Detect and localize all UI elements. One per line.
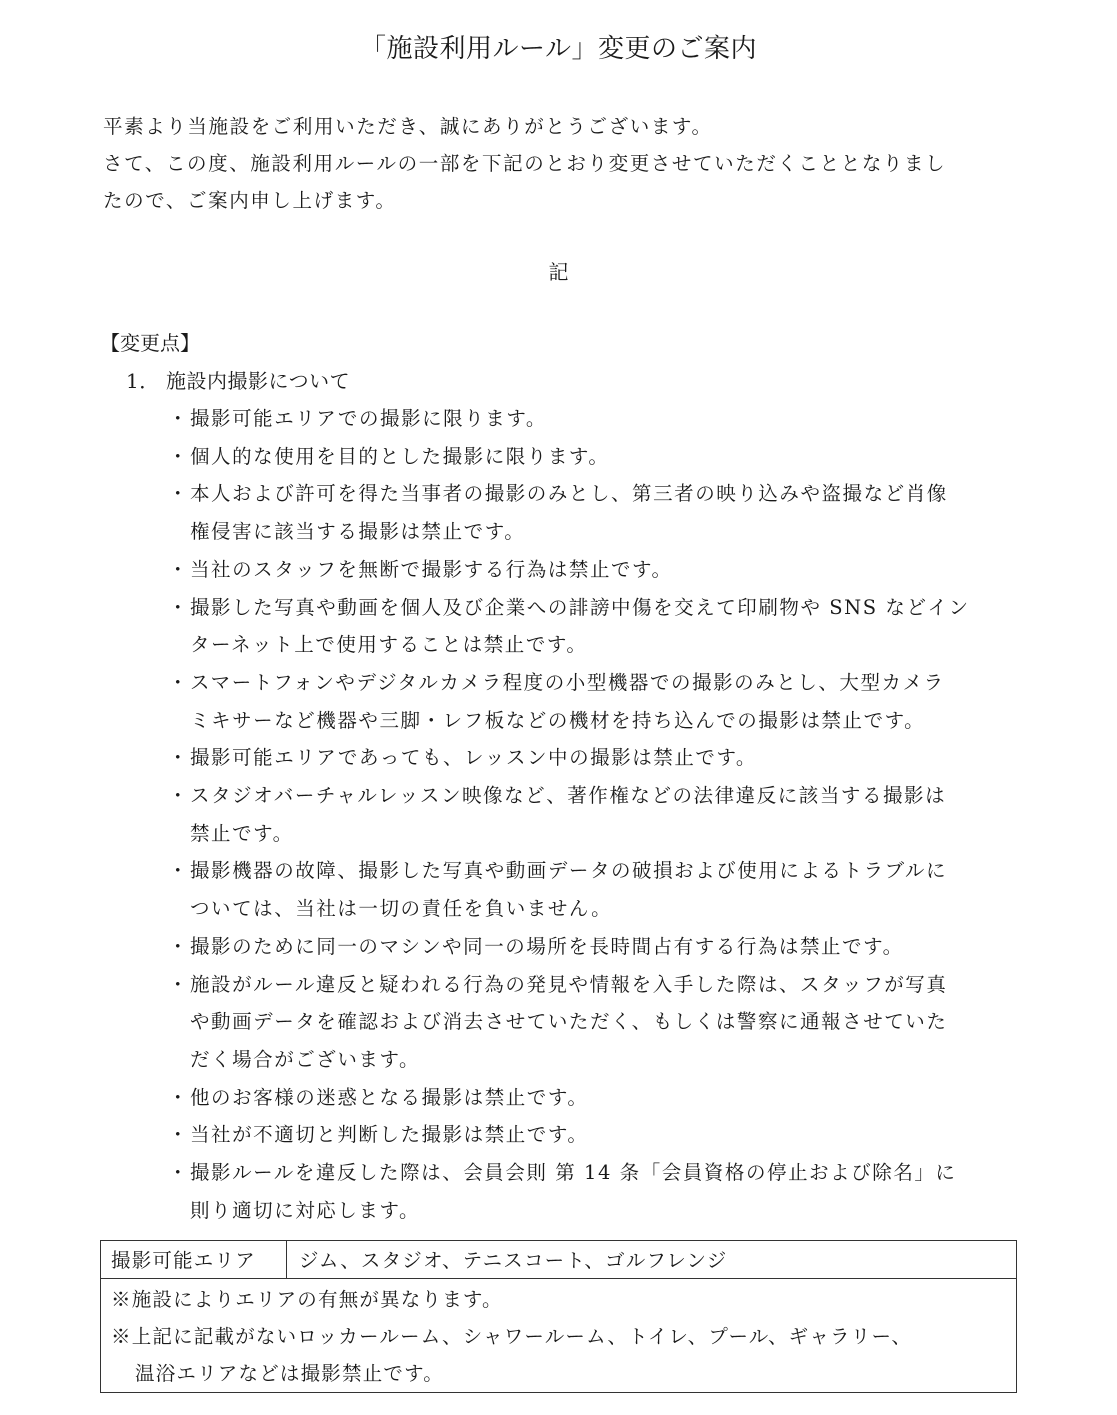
bullet-line: 本人および許可を得た当事者の撮影のみとし、第三者の映り込みや盗撮など肖像 bbox=[190, 475, 1018, 513]
rule-bullet-item: ・当社が不適切と判断した撮影は禁止です。 bbox=[168, 1116, 1018, 1154]
bullet-dot-icon: ・ bbox=[168, 777, 189, 815]
bullet-dot-icon: ・ bbox=[168, 400, 189, 438]
bullet-dot-icon: ・ bbox=[168, 664, 189, 702]
bullet-dot-icon: ・ bbox=[168, 438, 189, 476]
bullet-line: 則り適切に対応します。 bbox=[190, 1192, 1018, 1230]
item-title: 施設内撮影について bbox=[166, 369, 350, 393]
bullet-dot-icon: ・ bbox=[168, 852, 189, 890]
rule-bullet-item: ・撮影した写真や動画を個人及び企業への誹謗中傷を交えて印刷物や SNS などイン… bbox=[168, 589, 1018, 664]
intro-paragraph: 平素より当施設をご利用いただき、誠にありがとうございます。 さて、この度、施設利… bbox=[103, 108, 1023, 219]
rule-bullet-item: ・撮影可能エリアでの撮影に限ります。 bbox=[168, 400, 1018, 438]
bullet-line: 撮影のために同一のマシンや同一の場所を長時間占有する行為は禁止です。 bbox=[190, 928, 1018, 966]
rule-bullet-item: ・施設がルール違反と疑われる行為の発見や情報を入手した際は、スタッフが写真や動画… bbox=[168, 966, 1018, 1079]
intro-line: 平素より当施設をご利用いただき、誠にありがとうございます。 bbox=[103, 108, 1023, 145]
bullet-line: 他のお客様の迷惑となる撮影は禁止です。 bbox=[190, 1079, 1018, 1117]
bullet-dot-icon: ・ bbox=[168, 1116, 189, 1154]
bullet-line: 当社のスタッフを無断で撮影する行為は禁止です。 bbox=[190, 551, 1018, 589]
bullet-dot-icon: ・ bbox=[168, 475, 189, 513]
bullet-line: 禁止です。 bbox=[190, 815, 1018, 853]
bullet-line: 撮影可能エリアであっても、レッスン中の撮影は禁止です。 bbox=[190, 739, 1018, 777]
rule-bullet-item: ・撮影可能エリアであっても、レッスン中の撮影は禁止です。 bbox=[168, 739, 1018, 777]
item-number: 1． bbox=[126, 365, 166, 394]
bullet-line: 権侵害に該当する撮影は禁止です。 bbox=[190, 513, 1018, 551]
area-value: ジム、スタジオ、テニスコート、ゴルフレンジ bbox=[287, 1241, 727, 1278]
rule-bullet-item: ・撮影機器の故障、撮影した写真や動画データの破損および使用によるトラブルについて… bbox=[168, 852, 1018, 927]
bullet-line: 撮影機器の故障、撮影した写真や動画データの破損および使用によるトラブルに bbox=[190, 852, 1018, 890]
area-notes: ※施設によりエリアの有無が異なります。 ※上記に記載がないロッカールーム、シャワ… bbox=[101, 1279, 1016, 1392]
rule-bullet-item: ・スタジオバーチャルレッスン映像など、著作権などの法律違反に該当する撮影は禁止で… bbox=[168, 777, 1018, 852]
rule-bullet-item: ・当社のスタッフを無断で撮影する行為は禁止です。 bbox=[168, 551, 1018, 589]
area-row: 撮影可能エリア ジム、スタジオ、テニスコート、ゴルフレンジ bbox=[101, 1241, 1016, 1279]
bullet-line: ターネット上で使用することは禁止です。 bbox=[190, 626, 1018, 664]
bullet-line: 当社が不適切と判断した撮影は禁止です。 bbox=[190, 1116, 1018, 1154]
bullet-dot-icon: ・ bbox=[168, 589, 189, 627]
rule-bullet-item: ・他のお客様の迷惑となる撮影は禁止です。 bbox=[168, 1079, 1018, 1117]
photo-area-table: 撮影可能エリア ジム、スタジオ、テニスコート、ゴルフレンジ ※施設によりエリアの… bbox=[100, 1240, 1017, 1393]
area-label: 撮影可能エリア bbox=[101, 1241, 287, 1278]
rule-bullet-item: ・撮影のために同一のマシンや同一の場所を長時間占有する行為は禁止です。 bbox=[168, 928, 1018, 966]
rules-bullet-list: ・撮影可能エリアでの撮影に限ります。・個人的な使用を目的とした撮影に限ります。・… bbox=[168, 400, 1018, 1229]
rule-bullet-item: ・個人的な使用を目的とした撮影に限ります。 bbox=[168, 438, 1018, 476]
item-heading: 1．施設内撮影について bbox=[126, 365, 350, 394]
bullet-line: 撮影した写真や動画を個人及び企業への誹謗中傷を交えて印刷物や SNS などイン bbox=[190, 589, 1018, 627]
bullet-dot-icon: ・ bbox=[168, 551, 189, 589]
rule-bullet-item: ・本人および許可を得た当事者の撮影のみとし、第三者の映り込みや盗撮など肖像権侵害… bbox=[168, 475, 1018, 550]
bullet-line: ミキサーなど機器や三脚・レフ板などの機材を持ち込んでの撮影は禁止です。 bbox=[190, 702, 1018, 740]
bullet-line: や動画データを確認および消去させていただく、もしくは警察に通報させていた bbox=[190, 1003, 1018, 1041]
area-note: ※施設によりエリアの有無が異なります。 bbox=[111, 1281, 1006, 1318]
bullet-dot-icon: ・ bbox=[168, 739, 189, 777]
bullet-line: 個人的な使用を目的とした撮影に限ります。 bbox=[190, 438, 1018, 476]
document-title: 「施設利用ルール」変更のご案内 bbox=[0, 28, 1117, 65]
bullet-line: 撮影ルールを違反した際は、会員会則 第 14 条「会員資格の停止および除名」に bbox=[190, 1154, 1018, 1192]
intro-line: たので、ご案内申し上げます。 bbox=[103, 182, 1023, 219]
bullet-dot-icon: ・ bbox=[168, 1079, 189, 1117]
bullet-line: だく場合がございます。 bbox=[190, 1041, 1018, 1079]
ki-heading: 記 bbox=[0, 256, 1117, 285]
bullet-line: ついては、当社は一切の責任を負いません。 bbox=[190, 890, 1018, 928]
area-note: ※上記に記載がないロッカールーム、シャワールーム、トイレ、プール、ギャラリー、 bbox=[111, 1318, 1006, 1355]
bullet-line: 施設がルール違反と疑われる行為の発見や情報を入手した際は、スタッフが写真 bbox=[190, 966, 1018, 1004]
area-note: 温浴エリアなどは撮影禁止です。 bbox=[111, 1355, 1006, 1392]
bullet-dot-icon: ・ bbox=[168, 1154, 189, 1192]
bullet-dot-icon: ・ bbox=[168, 928, 189, 966]
bullet-line: 撮影可能エリアでの撮影に限ります。 bbox=[190, 400, 1018, 438]
rule-bullet-item: ・撮影ルールを違反した際は、会員会則 第 14 条「会員資格の停止および除名」に… bbox=[168, 1154, 1018, 1229]
bullet-line: スタジオバーチャルレッスン映像など、著作権などの法律違反に該当する撮影は bbox=[190, 777, 1018, 815]
rule-bullet-item: ・スマートフォンやデジタルカメラ程度の小型機器での撮影のみとし、大型カメラミキサ… bbox=[168, 664, 1018, 739]
bullet-dot-icon: ・ bbox=[168, 966, 189, 1004]
bullet-line: スマートフォンやデジタルカメラ程度の小型機器での撮影のみとし、大型カメラ bbox=[190, 664, 1018, 702]
section-heading-changes: 【変更点】 bbox=[100, 327, 200, 356]
intro-line: さて、この度、施設利用ルールの一部を下記のとおり変更させていただくこととなりまし bbox=[103, 145, 1023, 182]
